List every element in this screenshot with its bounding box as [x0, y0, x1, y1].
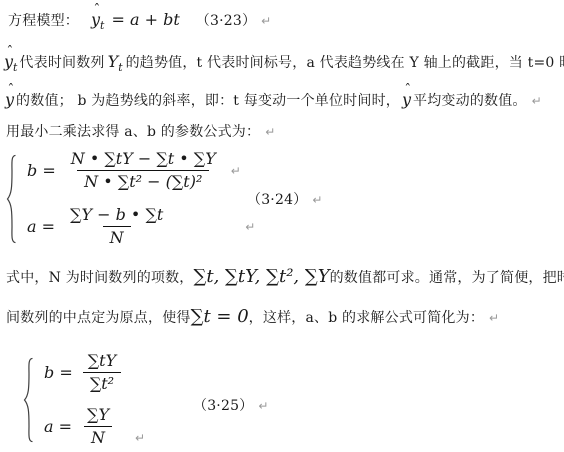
text-run: 代表时间数列	[19, 52, 104, 72]
curly-brace	[22, 357, 35, 443]
paragraph-mark: ↵	[312, 193, 322, 207]
equation-a-324: a = ∑Y − b • ∑t N ↵	[27, 206, 255, 248]
text-run: 用最小二乘法求得 a、b 的参数公式为：	[6, 121, 260, 141]
t-subscript: t	[13, 61, 17, 74]
paragraph-mark: ↵	[231, 164, 241, 178]
y-hat-symbol: ˆy	[3, 90, 16, 109]
text-run: 的数值； b 为趋势线的斜率，即：t 每变动一个单位时间时，	[16, 90, 400, 110]
hat-accent: ˆ	[6, 44, 13, 60]
y-hat-symbol: ˆyt	[4, 52, 17, 74]
paragraph-mark: ↵	[245, 220, 255, 234]
equation-b-324: b = N • ∑tY − ∑t • ∑Y N • ∑t² − (∑t)² ↵	[27, 150, 255, 192]
hat-accent: ˆ	[404, 82, 411, 98]
y-hat-symbol: ˆy	[5, 90, 14, 109]
text-run: 的趋势值，t 代表时间标号，a 代表趋势线在 Y 轴上的截距，当 t=0 时，	[126, 52, 564, 72]
y-hat-symbol: ˆyt	[91, 10, 104, 32]
paragraph-definition-line2: ˆy 的数值； b 为趋势线的斜率，即：t 每变动一个单位时间时， ˆy 平均变…	[3, 90, 542, 110]
numerator: ∑Y − b • ∑t	[63, 206, 170, 226]
paragraph-definition-line1: ˆyt 代表时间数列 Yt 的趋势值，t 代表时间标号，a 代表趋势线在 Y 轴…	[2, 52, 564, 74]
fraction: ∑Y N	[80, 406, 116, 448]
paragraph-mark: ↵	[261, 14, 271, 28]
text-run: 间数列的中点定为原点，使得	[6, 307, 191, 327]
b-lhs: b =	[44, 363, 73, 382]
fraction: ∑Y − b • ∑t N	[63, 206, 170, 248]
numerator: ∑Y	[80, 406, 116, 426]
a-lhs: a =	[27, 217, 55, 236]
equation-number-324: （3·24）	[247, 189, 307, 209]
y-hat-symbol: ˆy	[400, 90, 413, 109]
y-hat-t-symbol: ˆyt	[2, 52, 19, 74]
document-page[interactable]: 方程模型： ˆyt = a + bt （3·23） ↵ ˆyt 代表时间数列 Y…	[0, 0, 564, 452]
sigma-terms: ∑t, ∑tY, ∑t², ∑Y	[194, 266, 330, 287]
text-run: 的数值都可求。通常，为了简便，把时	[330, 267, 564, 287]
fraction: N • ∑tY − ∑t • ∑Y N • ∑t² − (∑t)²	[64, 150, 223, 192]
equation-column: b = ∑tY ∑t² a = ∑Y N ↵	[44, 352, 145, 448]
paragraph-equation-model: 方程模型： ˆyt = a + bt （3·23） ↵	[8, 10, 271, 32]
paragraph-mark: ↵	[532, 94, 542, 108]
paragraph-mark: ↵	[135, 431, 145, 445]
t-subscript: t	[118, 61, 122, 74]
paragraph-mark: ↵	[489, 311, 499, 325]
paragraph-explanation-line2: 间数列的中点定为原点，使得 ∑t = 0 ，这样，a、b 的求解公式可简化为： …	[6, 306, 499, 327]
formula-block-324: b = N • ∑tY − ∑t • ∑Y N • ∑t² − (∑t)² ↵ …	[5, 150, 255, 248]
numerator: ∑tY	[81, 352, 123, 372]
equation-number-323: （3·23）	[196, 10, 256, 30]
curly-brace	[5, 154, 18, 244]
hat-accent: ˆ	[7, 82, 14, 98]
text-run: ，这样，a、b 的求解公式可简化为：	[249, 307, 484, 327]
paragraph-mark: ↵	[265, 125, 275, 139]
numerator: N • ∑tY − ∑t • ∑Y	[64, 150, 223, 170]
formula-block-325: b = ∑tY ∑t² a = ∑Y N ↵	[22, 352, 145, 448]
Y-t-symbol: Yt	[108, 52, 123, 74]
fraction: ∑tY ∑t²	[81, 352, 123, 394]
hat-accent: ˆ	[93, 2, 100, 18]
inline-equation-323: ˆyt = a + bt	[89, 10, 180, 32]
curly-brace-shape	[22, 357, 35, 443]
equation-b-325: b = ∑tY ∑t²	[44, 352, 145, 394]
equation-a-325: a = ∑Y N ↵	[44, 406, 145, 448]
b-lhs: b =	[27, 161, 56, 180]
model-label: 方程模型：	[8, 10, 79, 30]
equation-rhs: = a + bt	[112, 10, 180, 29]
equation-number-line-325: （3·25） ↵	[193, 395, 268, 415]
denominator: N	[84, 426, 112, 447]
equation-number-line-324: （3·24） ↵	[247, 189, 322, 209]
a-lhs: a =	[44, 417, 72, 436]
y-hat-symbol: ˆy	[402, 90, 411, 109]
equation-number-325: （3·25）	[193, 395, 253, 415]
denominator: N • ∑t² − (∑t)²	[77, 170, 209, 191]
paragraph-least-squares-intro: 用最小二乘法求得 a、b 的参数公式为： ↵	[6, 121, 275, 141]
sigma-zero-expression: ∑t = 0	[191, 306, 249, 327]
denominator: N	[103, 226, 131, 247]
Y-letter: Y	[108, 52, 119, 71]
curly-brace-shape	[5, 154, 18, 244]
denominator: ∑t²	[83, 372, 121, 393]
t-subscript: t	[100, 19, 104, 32]
equation-column: b = N • ∑tY − ∑t • ∑Y N • ∑t² − (∑t)² ↵ …	[27, 150, 255, 248]
paragraph-explanation-line1: 式中，N 为时间数列的项数， ∑t, ∑tY, ∑t², ∑Y 的数值都可求。通…	[6, 266, 564, 287]
paragraph-mark: ↵	[258, 399, 268, 413]
text-run: 平均变动的数值。	[413, 90, 527, 110]
text-run: 式中，N 为时间数列的项数，	[6, 267, 194, 287]
